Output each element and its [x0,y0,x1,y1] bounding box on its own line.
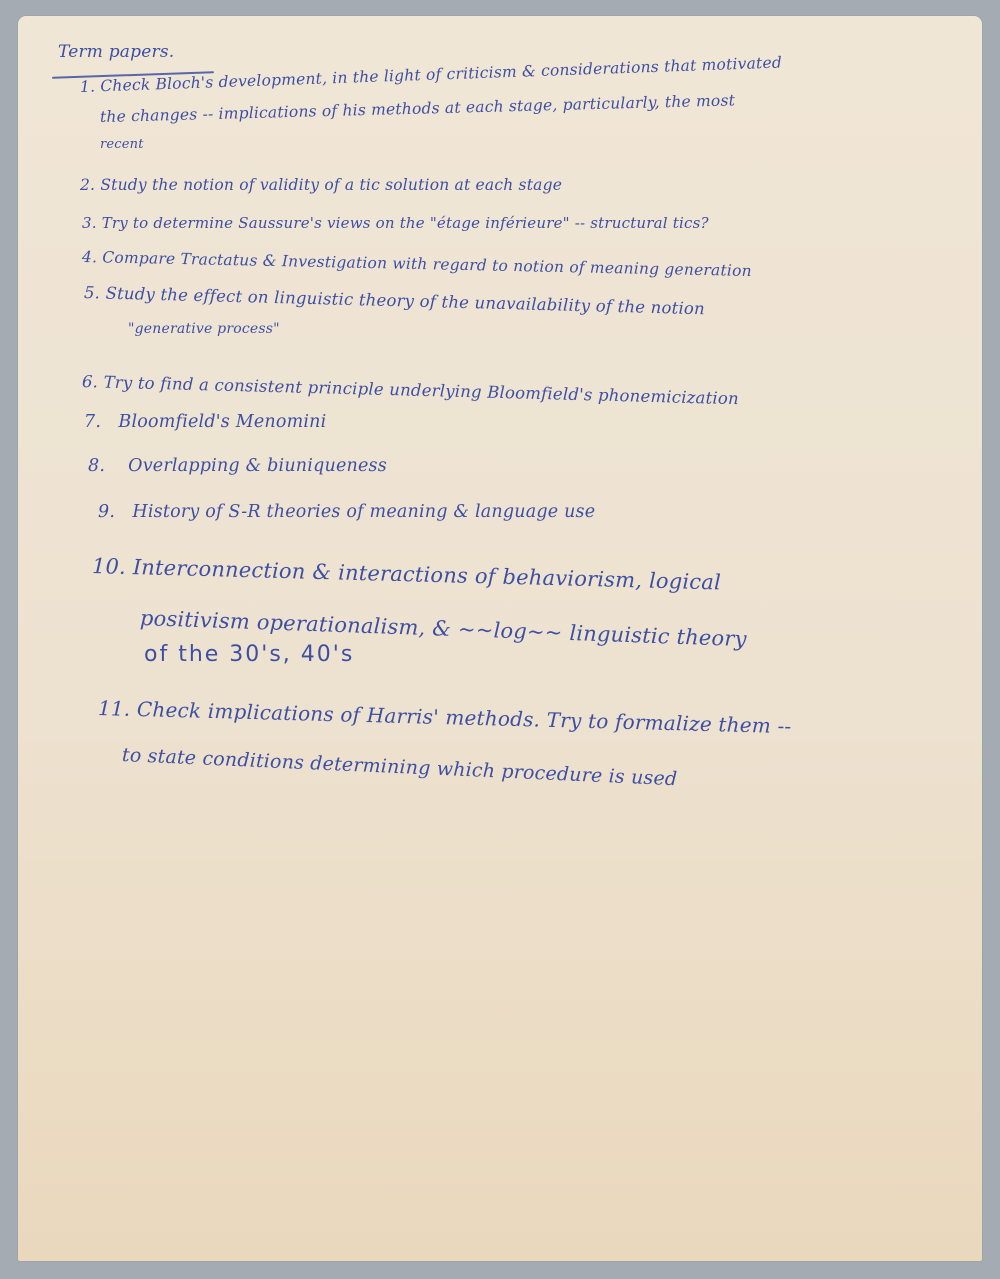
item-text: History of S-R theories of meaning & lan… [132,502,595,522]
item-9: 9. History of S-R theories of meaning & … [98,502,595,522]
item-number: 6. [82,372,99,391]
handwritten-page: Term papers. 1. Check Bloch's developmen… [18,16,982,1261]
item-11-line-2: to state conditions determining which pr… [122,744,678,790]
item-text: Try to find a consistent principle under… [103,373,739,409]
item-1-line-1: 1. Check Bloch's development, in the lig… [80,53,783,95]
item-number: 1. [80,77,96,96]
item-text: Study the notion of validity of a tic so… [100,176,562,194]
item-8: 8. Overlapping & biuniqueness [88,456,387,476]
item-1-line-2: the changes -- implications of his metho… [100,91,736,126]
item-number: 8. [88,456,105,476]
item-number: 7. [84,412,101,432]
item-7: 7. Bloomfield's Menomini [84,412,326,432]
item-11-line-1: 11. Check implications of Harris' method… [98,696,792,738]
item-6: 6. Try to find a consistent principle un… [82,372,739,408]
item-10-line-3: of the 30's, 40's [144,642,354,667]
item-2: 2. Study the notion of validity of a tic… [80,176,562,194]
item-text: Overlapping & biuniqueness [128,456,387,476]
item-1-line-3: recent [100,137,144,152]
item-number: 11. [98,696,131,721]
item-3: 3. Try to determine Saussure's views on … [82,214,709,232]
item-text: Study the effect on linguistic theory of… [105,284,705,319]
item-5-line-2: "generative process" [128,321,280,337]
item-number: 3. [82,214,97,232]
item-4: 4. Compare Tractatus & Investigation wit… [82,248,752,280]
item-text: Check implications of Harris' methods. T… [137,697,792,738]
item-number: 2. [80,176,95,194]
item-number: 4. [82,248,98,266]
item-5-line-1: 5. Study the effect on linguistic theory… [84,283,705,318]
page-title: Term papers. [58,42,174,62]
item-10-line-1: 10. Interconnection & interactions of be… [92,554,722,594]
item-text: Interconnection & interactions of behavi… [133,555,722,594]
item-number: 10. [92,554,127,579]
item-text: Try to determine Saussure's views on the… [102,214,709,232]
item-number: 9. [98,502,115,522]
item-text: Compare Tractatus & Investigation with r… [102,248,752,280]
item-text: Check Bloch's development, in the light … [100,53,782,95]
item-number: 5. [84,283,101,302]
item-text: Bloomfield's Menomini [118,412,326,432]
